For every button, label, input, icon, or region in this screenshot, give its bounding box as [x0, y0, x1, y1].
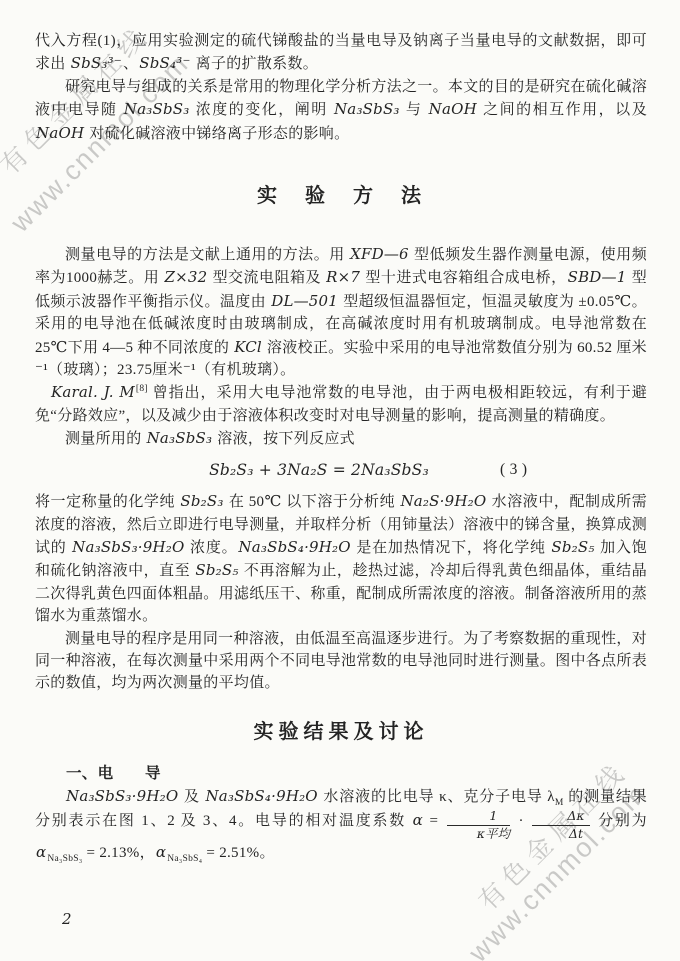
paragraph: 测量电导的方法是文献上通用的方法。用 XFD—6 型低频发生器作测量电源，使用频… [35, 243, 647, 381]
formula-run: NaOH [35, 124, 85, 142]
equation-number: ( 3 ) [500, 459, 527, 481]
page-number: 2 [27, 878, 680, 930]
formula-run: Z×32 [163, 268, 208, 286]
formula-run: Sb₂S₃ [179, 492, 224, 510]
formula-run: Na₃SbS₄·9H₂O [204, 787, 318, 805]
formula-run: SbS₄³⁻ [138, 54, 191, 72]
formula-run: SbS₃³⁻ [70, 54, 123, 72]
formula-run: Sb₂S₅ [550, 538, 595, 556]
formula-run: Karal. J. M [50, 383, 136, 401]
formula-run: SBD—1 [567, 268, 628, 286]
document-body: 代入方程(1)，应用实验测定的硫代锑酸盐的当量电导及钠离子当量电导的文献数据，即… [0, 0, 680, 864]
subsection-heading: 一、电 导 [35, 763, 647, 785]
paragraph: Karal. J. M[8] 曾指出，采用大电导池常数的电导池，由于两电极相距较… [35, 381, 647, 427]
formula-run: Sb₂S₃ + 3Na₂S = 2Na₃SbS₃ [208, 461, 430, 479]
formula-run: NaOH [428, 100, 478, 118]
formula-run: KCl [233, 338, 263, 356]
formula-run: Sb₂S₅ [194, 561, 239, 579]
formula-run: Na₃SbS₃ [123, 100, 191, 118]
paragraph: 代入方程(1)，应用实验测定的硫代锑酸盐的当量电导及钠离子当量电导的文献数据，即… [35, 30, 647, 76]
formula-run: Na₂S·9H₂O [399, 492, 487, 510]
formula-run: Na₃SbS₄·9H₂O [237, 538, 351, 556]
fraction: ΔκΔt [532, 809, 589, 841]
formula-run: XFD—6 [349, 245, 410, 263]
paragraph: 研究电导与组成的关系是常用的物理化学分析方法之一。本文的目的是研究在硫化碱溶液中… [35, 76, 647, 145]
formula-run: R×7 [325, 268, 361, 286]
formula-run: α [155, 843, 167, 861]
formula-run: α [35, 843, 47, 861]
paragraph: 测量所用的 Na₃SbS₃ 溶液，按下列反应式 [35, 427, 647, 450]
formula-run: α [412, 811, 424, 829]
equation-body: Sb₂S₃ + 3Na₂S = 2Na₃SbS₃ [207, 461, 431, 479]
formula-run: Na₃SbS₃·9H₂O [71, 538, 185, 556]
scanned-document-page: { "palette": { "paper": "#fbfbf8", "ink"… [0, 0, 680, 961]
equation: Sb₂S₃ + 3Na₂S = 2Na₃SbS₃( 3 ) [35, 459, 603, 482]
formula-run: Na₃SbS₃ [333, 100, 401, 118]
section-heading: 实 验 方 法 [35, 181, 647, 211]
paragraph: Na₃SbS₃·9H₂O 及 Na₃SbS₄·9H₂O 水溶液的比电导 κ、克分… [35, 785, 647, 864]
formula-run: Na₃SbS₃·9H₂O [65, 787, 179, 805]
paragraph: 将一定称量的化学纯 Sb₂S₃ 在 50℃ 以下溶于分析纯 Na₂S·9H₂O … [35, 490, 647, 627]
section-heading: 实验结果及讨论 [35, 717, 647, 747]
paragraph: 测量电导的程序是用同一种溶液，由低温至高温逐步进行。为了考察数据的重现性，对同一… [35, 628, 647, 695]
formula-run: Na₃SbS₃ [146, 429, 214, 447]
fraction: 1κ平均 [447, 809, 510, 841]
formula-run: DL—501 [270, 292, 339, 310]
